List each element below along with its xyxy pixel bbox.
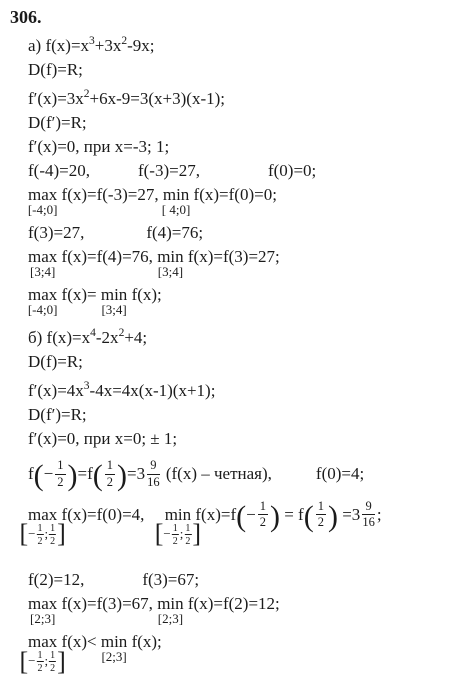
fraction-denominator: 2 [55, 475, 65, 490]
big-bracket: ] [57, 519, 66, 548]
limit-interval: [3;4] [30, 265, 55, 279]
limit-operator: max[2;3] [28, 593, 57, 615]
fraction-numerator: 1 [172, 523, 179, 535]
text-run: [2;3] [30, 611, 55, 626]
text-run: − [246, 505, 256, 524]
limit-operator: max[-4;0] [28, 284, 57, 306]
limit-interval: [3;4] [158, 265, 183, 279]
limit-interval: [ 4;0] [162, 203, 191, 217]
big-paren: ) [117, 459, 127, 492]
fraction-numerator: 9 [362, 500, 375, 516]
text-run: [-4;0] [28, 202, 58, 217]
text-run: − [28, 653, 35, 668]
fraction-denominator: 2 [184, 535, 191, 547]
limit-operator-name: max [28, 632, 57, 651]
text-run: (f(x) – четная), [162, 464, 272, 483]
text-run: -4x=4x(x-1)(x+1); [90, 381, 216, 400]
text-run: [3;4] [101, 302, 126, 317]
fraction: 12 [105, 459, 115, 490]
text-run: f(0)=0; [268, 161, 316, 180]
big-bracket: [ [19, 519, 28, 548]
big-paren: ( [34, 459, 44, 492]
text-run: -9x; [127, 36, 154, 55]
fraction-numerator: 1 [49, 523, 56, 535]
text-run: D(f)=R; [28, 60, 83, 79]
text-run: D(f′)=R; [28, 405, 87, 424]
fraction: 12 [37, 650, 44, 674]
text-run: − [163, 526, 170, 541]
limit-interval: [-4;0] [28, 203, 58, 217]
line-a-maxmin-1: max[-4;0] f(x)=f(-3)=27, min[ 4;0] f(x)=… [0, 184, 474, 206]
limit-operator: min[ 4;0] [163, 184, 189, 206]
line-b-derivative-domain: D(f′)=R; [0, 404, 474, 426]
fraction-denominator: 2 [37, 535, 44, 547]
limit-operator: min[3;4] [157, 246, 183, 268]
text-run: f(4)=76; [146, 223, 203, 242]
fraction: 916 [362, 500, 375, 531]
line-b-values-2: f(2)=12,f(3)=67; [0, 569, 474, 591]
limit-interval: [2;3] [101, 650, 126, 664]
limit-interval: [-4;0] [28, 303, 58, 317]
text-run: [2;3] [101, 649, 126, 664]
limit-interval: [−12;12] [19, 523, 65, 547]
text-run: [ 4;0] [162, 202, 191, 217]
fraction: 12 [49, 650, 56, 674]
fraction-denominator: 2 [172, 535, 179, 547]
fraction: 916 [147, 459, 160, 490]
line-a-values-1: f(-4)=20,f(-3)=27,f(0)=0; [0, 160, 474, 182]
big-paren: ( [304, 500, 314, 533]
line-a-maxmin-2: max[3;4] f(x)=f(4)=76, min[3;4] f(x)=f(3… [0, 246, 474, 268]
fraction: 12 [258, 500, 268, 531]
text-run: f′(x)=0, при x=-3; 1; [28, 137, 169, 156]
fraction: 12 [37, 523, 44, 547]
text-run: ; [180, 526, 184, 541]
limit-operator: max[3;4] [28, 246, 57, 268]
fraction-numerator: 9 [147, 459, 160, 475]
text-run: f(x)=f(0)=4, [57, 505, 148, 524]
text-run: [3;4] [158, 264, 183, 279]
fraction-denominator: 2 [49, 535, 56, 547]
limit-operator-name: max [28, 505, 57, 524]
fraction-numerator: 1 [37, 650, 44, 662]
text-run: f(-4)=20, [28, 161, 90, 180]
fraction-denominator: 2 [316, 515, 326, 530]
text-run: [-4;0] [28, 302, 58, 317]
big-paren: ( [93, 459, 103, 492]
fraction: 12 [172, 523, 179, 547]
line-b-derivative: f′(x)=4x3-4x=4x(x-1)(x+1); [0, 375, 474, 402]
text-run: D(f′)=R; [28, 113, 87, 132]
text-run: =3 [127, 464, 145, 483]
line-a-values-2: f(3)=27,f(4)=76; [0, 222, 474, 244]
text-run: -2x [96, 328, 119, 347]
text-run: =f [78, 464, 93, 483]
fraction-denominator: 2 [258, 515, 268, 530]
text-run: f(x)=f(4)=76, [57, 247, 157, 266]
text-run: f(x); [127, 632, 161, 651]
limit-operator: max[−12;12] [28, 504, 57, 526]
line-b-even-values: f(−12)=f(12)=3916 (f(x) – четная),f(0)=4… [0, 460, 474, 491]
line-b-critical-points: f′(x)=0, при x=0; ± 1; [0, 428, 474, 450]
text-run: =3 [338, 505, 360, 524]
text-run: +4; [124, 328, 147, 347]
text-run: f(-3)=27, [138, 161, 200, 180]
fraction-numerator: 1 [184, 523, 191, 535]
problem-number: 306. [0, 6, 474, 28]
text-run: f(3)=67; [142, 570, 199, 589]
fraction-numerator: 1 [105, 459, 115, 475]
line-b-function: б) f(x)=x4-2x2+4; [0, 322, 474, 349]
big-paren: ) [68, 459, 78, 492]
limit-interval: [2;3] [30, 612, 55, 626]
limit-operator: max[-4;0] [28, 184, 57, 206]
fraction-numerator: 1 [37, 523, 44, 535]
text-run: f(x); [127, 285, 161, 304]
text-run: f′(x)=4x [28, 381, 84, 400]
text-run: f′(x)=3x [28, 89, 84, 108]
limit-operator: max[−12;12] [28, 631, 57, 653]
big-paren: ) [328, 500, 338, 533]
solution-page: 306. a) f(x)=x3+3x2-9x;D(f)=R;f′(x)=3x2+… [0, 0, 474, 687]
big-paren: ( [236, 500, 246, 533]
limit-interval: [3;4] [101, 303, 126, 317]
text-run: − [28, 526, 35, 541]
line-a-derivative: f′(x)=3x2+6x-9=3(x+3)(x-1); [0, 83, 474, 110]
fraction-denominator: 2 [49, 662, 56, 674]
text-run: f(3)=27, [28, 223, 84, 242]
text-run: f(x)=f(2)=12; [184, 594, 280, 613]
limit-operator-name: min [165, 505, 191, 524]
limit-operator: min[−12;12] [165, 504, 191, 526]
text-run: f(0)=4; [316, 464, 364, 483]
text-run: ; [45, 526, 49, 541]
solution-lines: a) f(x)=x3+3x2-9x;D(f)=R;f′(x)=3x2+6x-9=… [0, 30, 474, 653]
text-run: ; [377, 505, 382, 524]
line-b-maxmin-2: max[2;3] f(x)=f(3)=67, min[2;3] f(x)=f(2… [0, 593, 474, 615]
text-run: f(x)= [57, 285, 101, 304]
fraction: 12 [49, 523, 56, 547]
limit-interval: [−12;12] [155, 523, 201, 547]
text-run: +6x-9=3(x+3)(x-1); [90, 89, 225, 108]
text-run: = f [280, 505, 304, 524]
text-run: f(x)=f(-3)=27, [57, 185, 163, 204]
text-run: [2;3] [158, 611, 183, 626]
fraction-numerator: 1 [55, 459, 65, 475]
text-run: f(x)=f(3)=67, [57, 594, 157, 613]
text-run: f(2)=12, [28, 570, 84, 589]
text-run: f(x)=f(0)=0; [189, 185, 277, 204]
fraction-denominator: 2 [37, 662, 44, 674]
line-b-compare: max[−12;12] f(x)< min[2;3] f(x); [0, 631, 474, 653]
fraction: 12 [316, 500, 326, 531]
big-bracket: [ [155, 519, 164, 548]
fraction-denominator: 2 [105, 475, 115, 490]
text-run: f(x)=f(3)=27; [184, 247, 280, 266]
line-b-domain: D(f)=R; [0, 351, 474, 373]
fraction-denominator: 16 [362, 515, 375, 530]
limit-operator: min[2;3] [157, 593, 183, 615]
fraction-numerator: 1 [316, 500, 326, 516]
line-a-derivative-domain: D(f′)=R; [0, 112, 474, 134]
text-run: б) f(x)=x [28, 328, 90, 347]
line-a-domain: D(f)=R; [0, 59, 474, 81]
line-a-function: a) f(x)=x3+3x2-9x; [0, 30, 474, 57]
text-run: D(f)=R; [28, 352, 83, 371]
big-bracket: ] [57, 647, 66, 676]
text-run: f′(x)=0, при x=0; ± 1; [28, 429, 177, 448]
limit-operator: min[2;3] [101, 631, 127, 653]
limit-interval: [−12;12] [19, 650, 65, 674]
fraction-denominator: 16 [147, 475, 160, 490]
fraction: 12 [55, 459, 65, 490]
line-a-compare: max[-4;0] f(x)= min[3;4] f(x); [0, 284, 474, 306]
big-bracket: [ [19, 647, 28, 676]
text-run: − [44, 464, 54, 483]
line-b-maxmin-1: max[−12;12] f(x)=f(0)=4, min[−12;12] f(x… [0, 501, 474, 532]
text-run: +3x [95, 36, 122, 55]
text-run: ; [45, 653, 49, 668]
fraction-numerator: 1 [258, 500, 268, 516]
big-paren: ) [270, 500, 280, 533]
big-bracket: ] [192, 519, 201, 548]
line-a-critical-points: f′(x)=0, при x=-3; 1; [0, 136, 474, 158]
fraction: 12 [184, 523, 191, 547]
text-run: [3;4] [30, 264, 55, 279]
limit-interval: [2;3] [158, 612, 183, 626]
limit-operator: min[3;4] [101, 284, 127, 306]
text-run: a) f(x)=x [28, 36, 89, 55]
fraction-numerator: 1 [49, 650, 56, 662]
